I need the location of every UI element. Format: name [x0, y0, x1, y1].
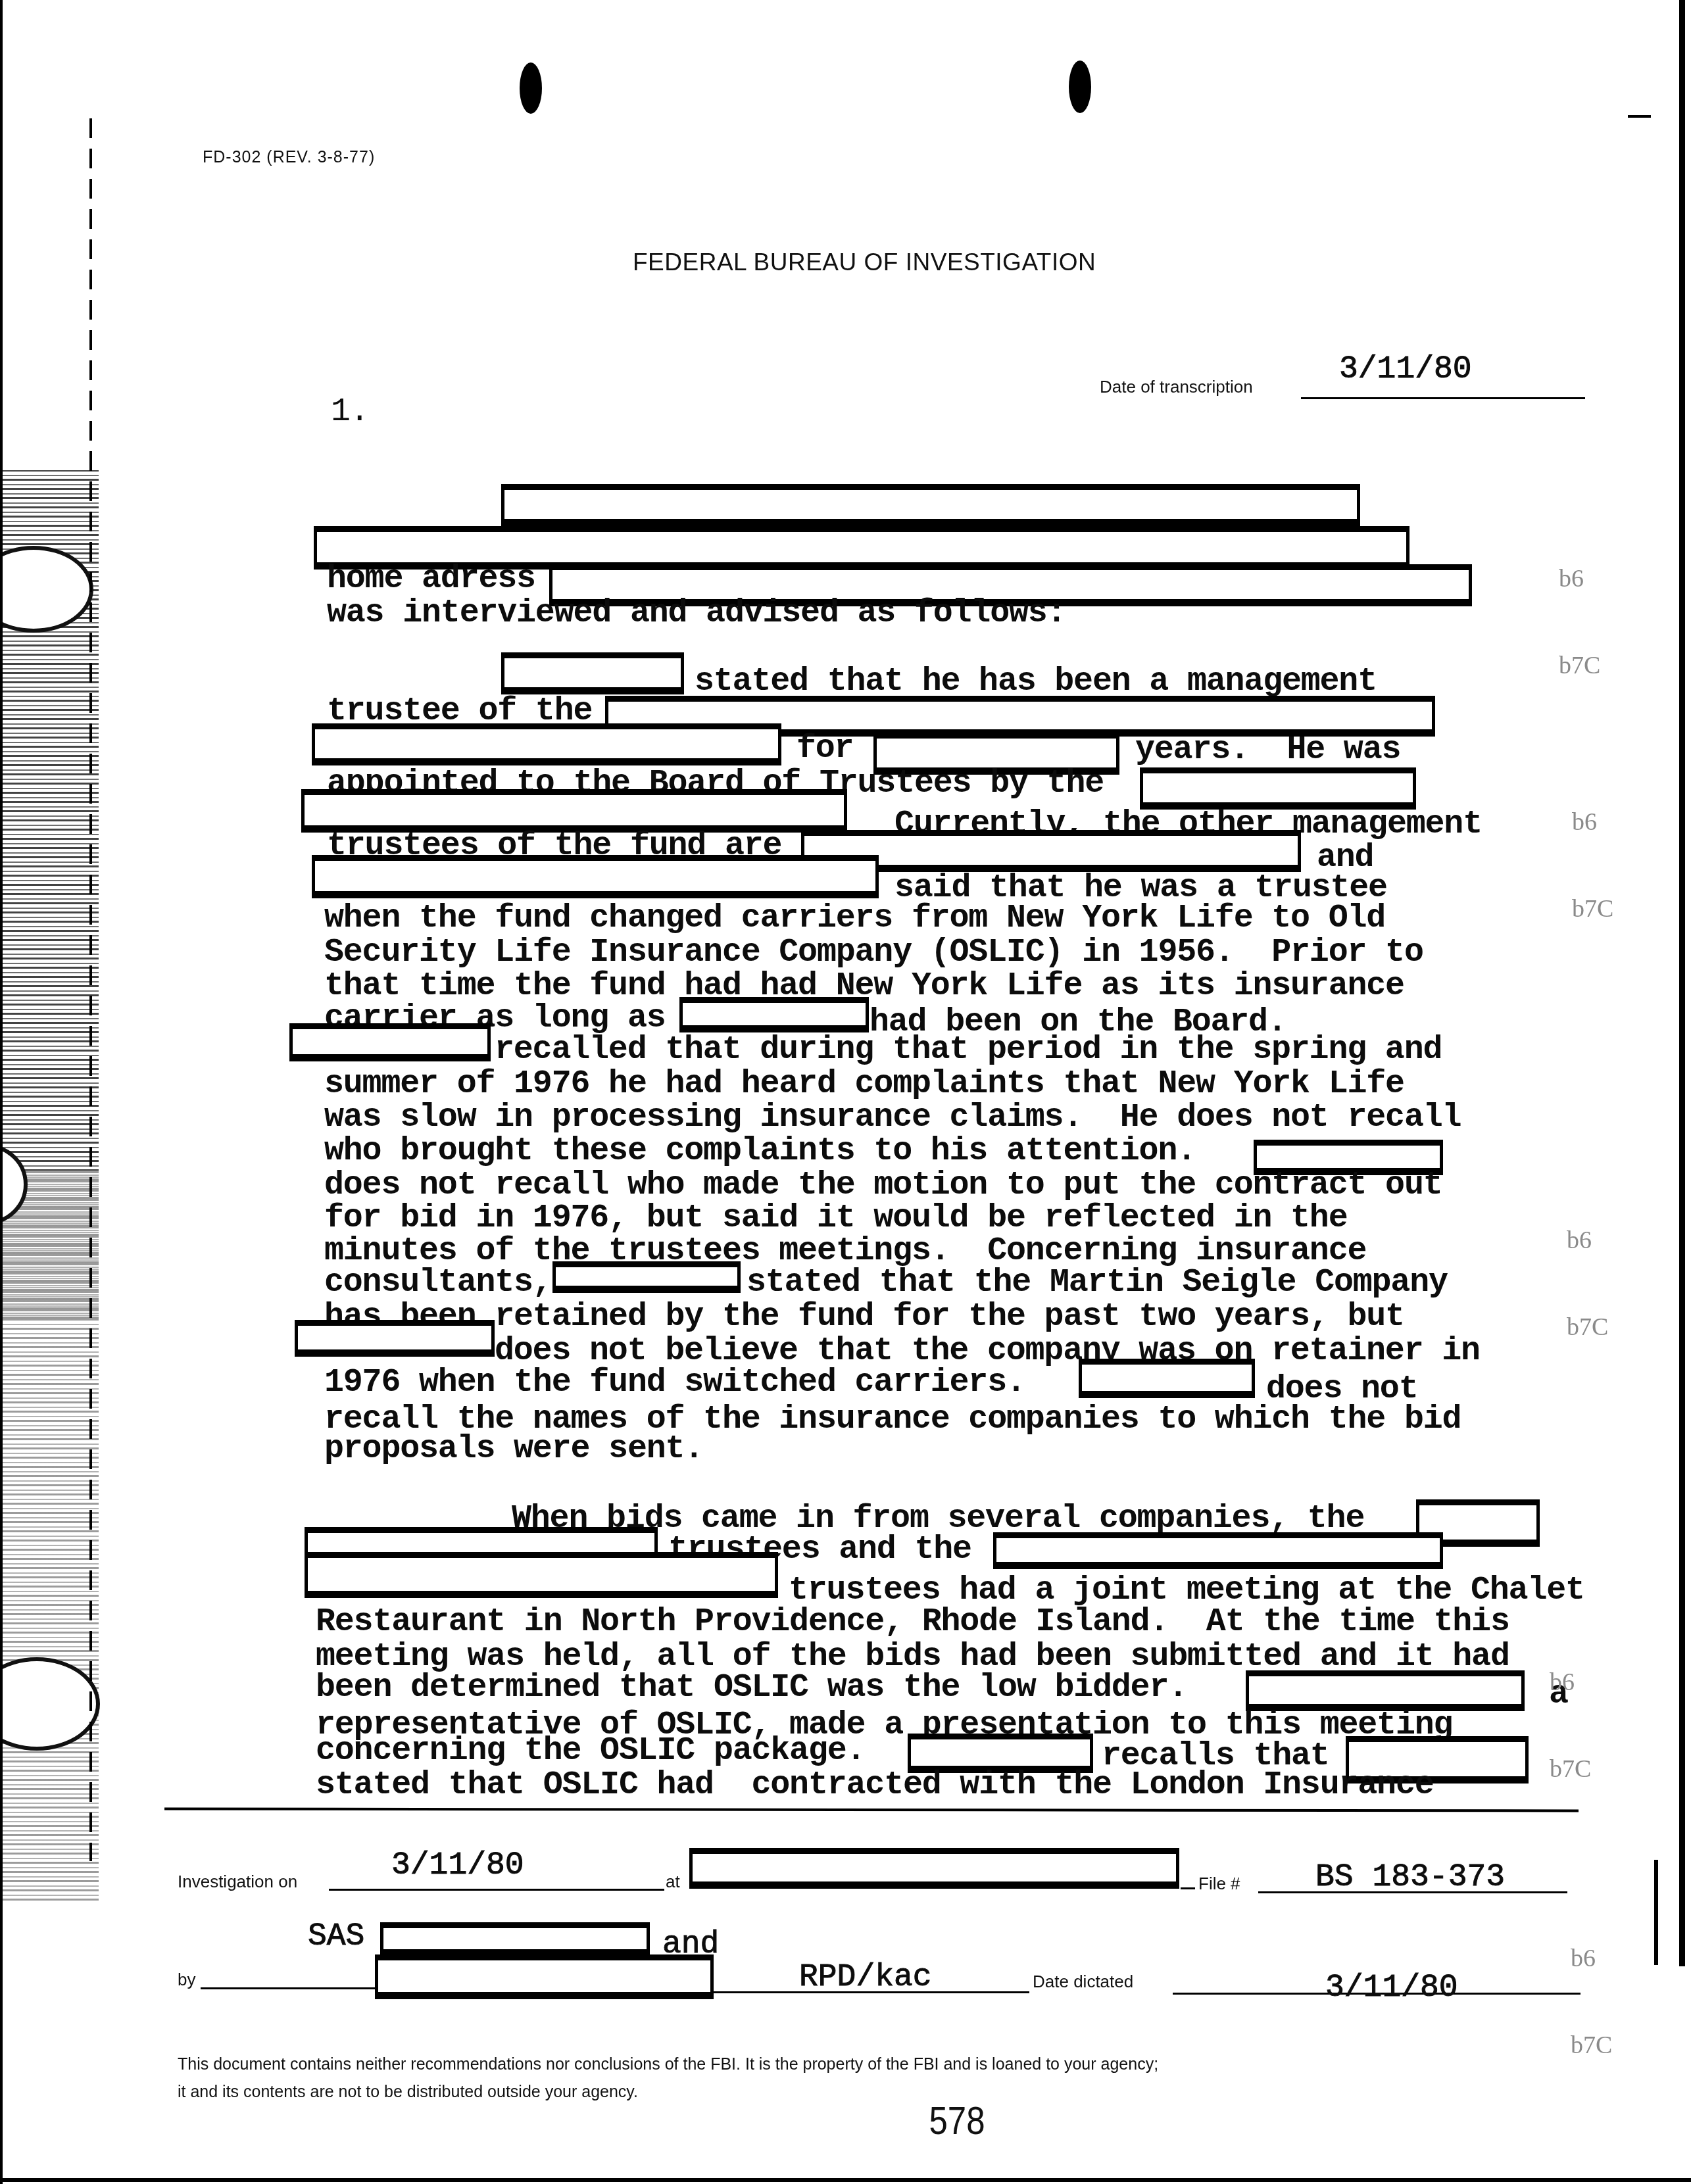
- body-text-line: proposals were sent.: [324, 1430, 703, 1468]
- item-number: 1.: [331, 393, 369, 431]
- page-number: 578: [929, 2098, 985, 2143]
- body-text-line: Security Life Insurance Company (OSLIC) …: [324, 934, 1423, 971]
- agency-title: FEDERAL BUREAU OF INVESTIGATION: [633, 249, 1096, 276]
- footer-separator: [164, 1807, 1579, 1812]
- redaction-box: [501, 652, 684, 694]
- redaction-box: [305, 1552, 778, 1598]
- dictation-initials: RPD/kac: [799, 1960, 932, 1995]
- investigation-on-underline: [329, 1889, 664, 1891]
- punch-hole: [520, 62, 542, 114]
- body-text-line: concerning the OSLIC package.: [316, 1732, 865, 1770]
- exemption-code: b7C: [1571, 2031, 1612, 2060]
- exemption-code: b7C: [1559, 651, 1600, 680]
- exemption-code: b6: [1571, 1944, 1612, 1973]
- file-number-label: File #: [1198, 1874, 1240, 1894]
- redaction-box: [501, 484, 1360, 526]
- form-id: FD-302 (REV. 3-8-77): [203, 148, 375, 167]
- disclaimer-line-1: This document contains neither recommend…: [178, 2051, 1158, 2078]
- page-edge-left: [0, 0, 3, 2184]
- redaction-box: [689, 1848, 1179, 1889]
- exemption-code: b7C: [1567, 1313, 1608, 1342]
- exemption-codes: b6 b7C: [1572, 750, 1613, 981]
- body-text-line: stated that he has been a management: [695, 663, 1377, 700]
- redaction-box: [295, 1320, 495, 1357]
- redaction-box: [679, 997, 869, 1032]
- page-edge-bottom: [0, 2178, 1691, 2182]
- agent-prefix: SAS: [308, 1919, 364, 1954]
- redaction-box: [375, 1954, 714, 1999]
- date-of-transcription-underline: [1301, 397, 1585, 399]
- body-text-line: Restaurant in North Providence, Rhode Is…: [316, 1603, 1509, 1641]
- body-text-line: was interviewed and advised as follows:: [327, 595, 1066, 632]
- file-number-value: BS 183-373: [1315, 1860, 1505, 1895]
- body-text-line: summer of 1976 he had heard complaints t…: [324, 1065, 1404, 1103]
- by-underline: [201, 1987, 375, 1989]
- redaction-box: [1246, 1670, 1525, 1711]
- date-of-transcription-label: Date of transcription: [1100, 377, 1253, 397]
- body-text-line: stated that OSLIC had contracted with th…: [316, 1766, 1434, 1804]
- redaction-box: [289, 1023, 491, 1061]
- disclaimer-line-2: it and its contents are not to be distri…: [178, 2078, 638, 2106]
- body-text-line: 1976 when the fund switched carriers.: [324, 1364, 1025, 1401]
- file-underline-lead: [1181, 1887, 1195, 1889]
- body-text-line: was slow in processing insurance claims.…: [324, 1099, 1461, 1136]
- at-label: at: [666, 1872, 680, 1892]
- body-text-line: for bid in 1976, but said it would be re…: [324, 1200, 1347, 1237]
- exemption-codes: b6 b7C: [1550, 1610, 1591, 1841]
- scan-edge-artifact: [0, 1171, 99, 1901]
- redaction-box: [380, 1922, 650, 1956]
- file-number-underline: [1258, 1891, 1567, 1893]
- date-of-transcription-value: 3/11/80: [1339, 352, 1472, 387]
- investigation-on-value: 3/11/80: [391, 1848, 524, 1883]
- redaction-box: [301, 789, 847, 833]
- exemption-codes: b6 b7C: [1571, 1886, 1612, 2118]
- margin-bracket: [1654, 1860, 1658, 1965]
- exemption-codes: b6 b7C: [1559, 506, 1600, 738]
- body-text-line: does not recall who made the motion to p…: [324, 1167, 1442, 1204]
- redaction-box: [993, 1532, 1443, 1569]
- redaction-box: [312, 723, 781, 765]
- body-text-line: years. He was: [1135, 731, 1400, 769]
- page-edge-right: [1679, 0, 1685, 1966]
- exemption-code: b6: [1550, 1668, 1591, 1697]
- body-text-line: when the fund changed carriers from New …: [324, 900, 1385, 937]
- punch-hole: [1069, 61, 1091, 113]
- date-dictated-value: 3/11/80: [1325, 1970, 1458, 2006]
- date-dictated-label: Date dictated: [1033, 1972, 1133, 1992]
- by-label: by: [178, 1970, 195, 1990]
- body-text-line: stated that the Martin Seigle Company: [747, 1264, 1448, 1301]
- redaction-box: [1079, 1359, 1255, 1398]
- scan-margin-line: [89, 118, 92, 1861]
- exemption-code: b6: [1559, 564, 1600, 593]
- body-text-line: who brought these complaints to his atte…: [324, 1132, 1196, 1170]
- investigation-on-label: Investigation on: [178, 1872, 297, 1892]
- fd302-document-page: FD-302 (REV. 3-8-77) FEDERAL BUREAU OF I…: [0, 0, 1691, 2184]
- body-text-line: home adress: [327, 560, 535, 598]
- body-text-line: been determined that OSLIC was the low b…: [316, 1669, 1187, 1707]
- exemption-code: b7C: [1572, 894, 1613, 923]
- redaction-box: [552, 1261, 741, 1293]
- exemption-codes: b6 b7C: [1567, 1168, 1608, 1399]
- exemption-code: b6: [1567, 1226, 1608, 1255]
- redaction-box: [312, 855, 879, 898]
- body-text-line: consultants,: [324, 1264, 552, 1301]
- redaction-box: [1140, 767, 1416, 810]
- body-text-line: for: [796, 730, 853, 767]
- margin-tick: [1628, 115, 1651, 118]
- body-text-line: recalled that during that period in the …: [495, 1031, 1442, 1069]
- exemption-code: b7C: [1550, 1755, 1591, 1784]
- exemption-code: b6: [1572, 808, 1613, 837]
